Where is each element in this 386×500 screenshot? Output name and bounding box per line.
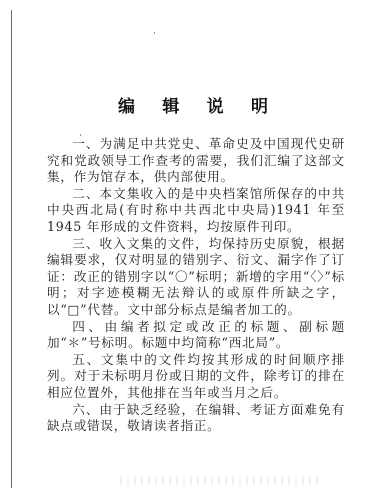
note-paragraph-3: 三、收入文集的文件，均保持历史原貌，根据编辑要求，仅对明显的错别字、衍文、漏字作… — [47, 236, 345, 319]
note-paragraph-2: 二、本文集收入的是中央档案馆所保存的中共中央西北局(有时称中共西北中央局)194… — [47, 186, 345, 236]
title-char: 说 — [207, 96, 224, 118]
scan-noise-footer — [120, 477, 320, 485]
note-paragraph-1: 一、为满足中共党史、革命史及中国现代史研究和党政领导工作查考的需要，我们汇编了这… — [47, 136, 345, 186]
title-char: 编 — [118, 96, 135, 118]
title-char: 辑 — [162, 96, 179, 118]
scan-speck — [154, 32, 155, 34]
note-paragraph-5: 五、文集中的文件均按其形成的时间顺序排列。对于未标明月份或日期的文件，除考订的排… — [47, 352, 345, 402]
page-binding-line — [11, 10, 12, 488]
note-paragraph-4: 四、由编者拟定或改正的标题、副标题加“＊”号标明。标题中均简称“西北局”。 — [47, 319, 345, 352]
page-title: 编 辑 说 明 — [118, 96, 268, 118]
note-paragraph-6: 六、由于缺乏经验，在编辑、考证方面难免有缺点或错误，敬请读者指正。 — [47, 402, 345, 435]
title-char: 明 — [251, 96, 268, 118]
editorial-notes-body: 一、为满足中共党史、革命史及中国现代史研究和党政领导工作查考的需要，我们汇编了这… — [47, 136, 345, 435]
